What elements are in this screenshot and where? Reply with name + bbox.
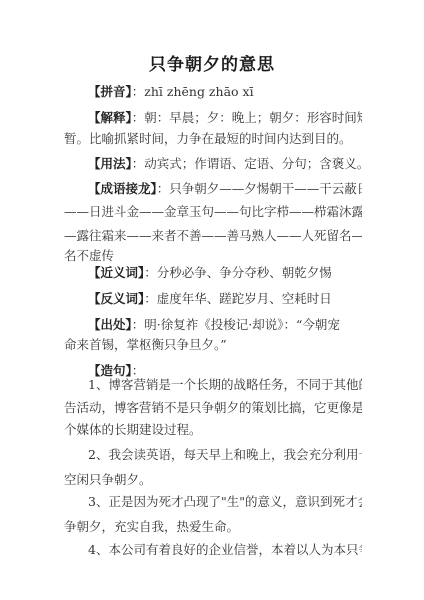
usage-text: ：动宾式；作谓语、定语、分句；含褒义。 xyxy=(132,156,362,171)
synonyms-label: 【近义词】 xyxy=(88,265,144,280)
chain-text: ：只争朝夕——夕惕朝干——干云蔽日 xyxy=(157,181,362,196)
example-3-line-2: 争朝夕，充实自我，热爱生命。 xyxy=(64,519,362,535)
example-1-line-1: 1、博客营销是一个长期的战略任务，不同于其他的广 xyxy=(88,377,362,393)
antonyms-label: 【反义词】 xyxy=(88,291,144,306)
examples-text: ： xyxy=(132,363,145,378)
antonyms-text: ：虚度年华、蹉跎岁月、空耗时日 xyxy=(144,291,332,306)
examples-label: 【造句】 xyxy=(88,363,132,378)
example-1-line-3: 个媒体的长期建设过程。 xyxy=(64,422,362,438)
usage-line: 【用法】：动宾式；作谓语、定语、分句；含褒义。 xyxy=(88,156,362,172)
source-line: 【出处】：明·徐复祚《投梭记·却说》：“今朝宠 xyxy=(88,317,362,333)
chain-cont-2: —露往霜来——来者不善——善马熟人——人死留名—— xyxy=(64,228,362,244)
example-3-line-1: 3、正是因为死才凸现了"生"的意义，意识到死才会只 xyxy=(88,494,362,510)
usage-label: 【用法】 xyxy=(88,156,132,171)
antonyms-line: 【反义词】：虚度年华、蹉跎岁月、空耗时日 xyxy=(88,291,362,307)
example-4-line-1: 4、本公司有着良好的企业信誉，本着以人为本只争朝 xyxy=(88,542,362,558)
source-text: ：明·徐复祚《投梭记·却说》：“今朝宠 xyxy=(132,317,340,332)
page-title: 只争朝夕的意思 xyxy=(0,50,424,75)
chain-cont-1: ——日进斗金——金章玉句——句比字栉——栉霜沐露— xyxy=(64,204,362,220)
explanation-label: 【解释】 xyxy=(88,110,132,125)
explanation-line: 【解释】：朝：早晨；夕：晚上；朝夕：形容时间短 xyxy=(88,110,362,126)
chain-line: 【成语接龙】：只争朝夕——夕惕朝干——干云蔽日 xyxy=(88,181,362,197)
explanation-cont: 暂。比喻抓紧时间，力争在最短的时间内达到目的。 xyxy=(64,131,362,147)
example-1-line-2: 告活动，博客营销不是只争朝夕的策划比搞，它更像是一 xyxy=(64,400,362,416)
synonyms-text: ：分秒必争、争分夺秒、朝乾夕惕 xyxy=(144,265,332,280)
synonyms-line: 【近义词】：分秒必争、争分夺秒、朝乾夕惕 xyxy=(88,265,362,281)
example-2-line-1: 2、我会读英语，每天早上和晚上，我会充分利用一切 xyxy=(88,447,362,463)
pinyin-label: 【拼音】 xyxy=(88,84,132,99)
source-label: 【出处】 xyxy=(88,317,132,332)
pinyin-line: 【拼音】：zhī zhēng zhāo xī xyxy=(88,84,362,100)
source-cont: 命来首锡，掌枢衡只争旦夕。” xyxy=(64,337,362,353)
pinyin-text: ：zhī zhēng zhāo xī xyxy=(132,84,254,99)
explanation-text: ：朝：早晨；夕：晚上；朝夕：形容时间短 xyxy=(132,110,362,125)
chain-cont-3: 名不虚传 xyxy=(64,248,362,264)
example-2-line-2: 空闲只争朝夕。 xyxy=(64,472,362,488)
chain-label: 【成语接龙】 xyxy=(88,181,157,196)
